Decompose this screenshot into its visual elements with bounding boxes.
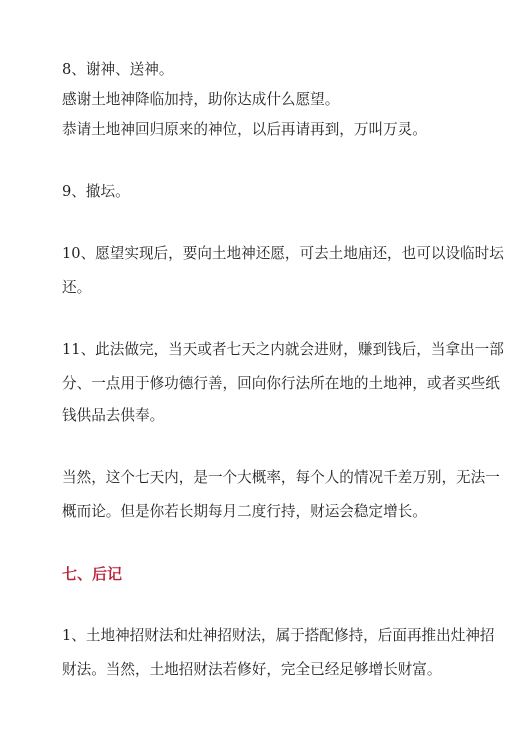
step-10-line-1: 10、愿望实现后，要向土地神还愿，可去土地庙还，也可以设临时坛 xyxy=(62,245,504,263)
step-9-title: 9、撤坛。 xyxy=(62,183,130,201)
step-11-line-2: 分、一点用于修功德行善，回向你行法所在地的土地神，或者买些纸 xyxy=(62,375,500,393)
step-11-line-3: 钱供品去供奉。 xyxy=(62,407,164,425)
note-line-1: 当然，这个七天内，是一个大概率，每个人的情况千差万别，无法一 xyxy=(62,469,500,487)
step-8-line-1: 感谢土地神降临加持，助你达成什么愿望。 xyxy=(62,91,339,109)
step-8-title: 8、谢神、送神。 xyxy=(62,61,173,79)
afterword-1-line-2: 财法。当然，土地招财法若修好，完全已经足够增长财富。 xyxy=(62,661,441,679)
afterword-1-line-1: 1、土地神招财法和灶神招财法，属于搭配修持，后面再推出灶神招 xyxy=(62,627,495,645)
step-8-line-2: 恭请土地神回归原来的神位，以后再请再到，万叫万灵。 xyxy=(62,121,427,139)
section-heading-afterword: 七、后记 xyxy=(62,565,122,583)
step-11-line-1: 11、此法做完，当天或者七天之内就会进财，赚到钱后，当拿出一部 xyxy=(62,341,504,359)
step-10-line-2: 还。 xyxy=(62,279,91,297)
note-line-2: 概而论。但是你若长期每月二度行持，财运会稳定增长。 xyxy=(62,503,427,521)
